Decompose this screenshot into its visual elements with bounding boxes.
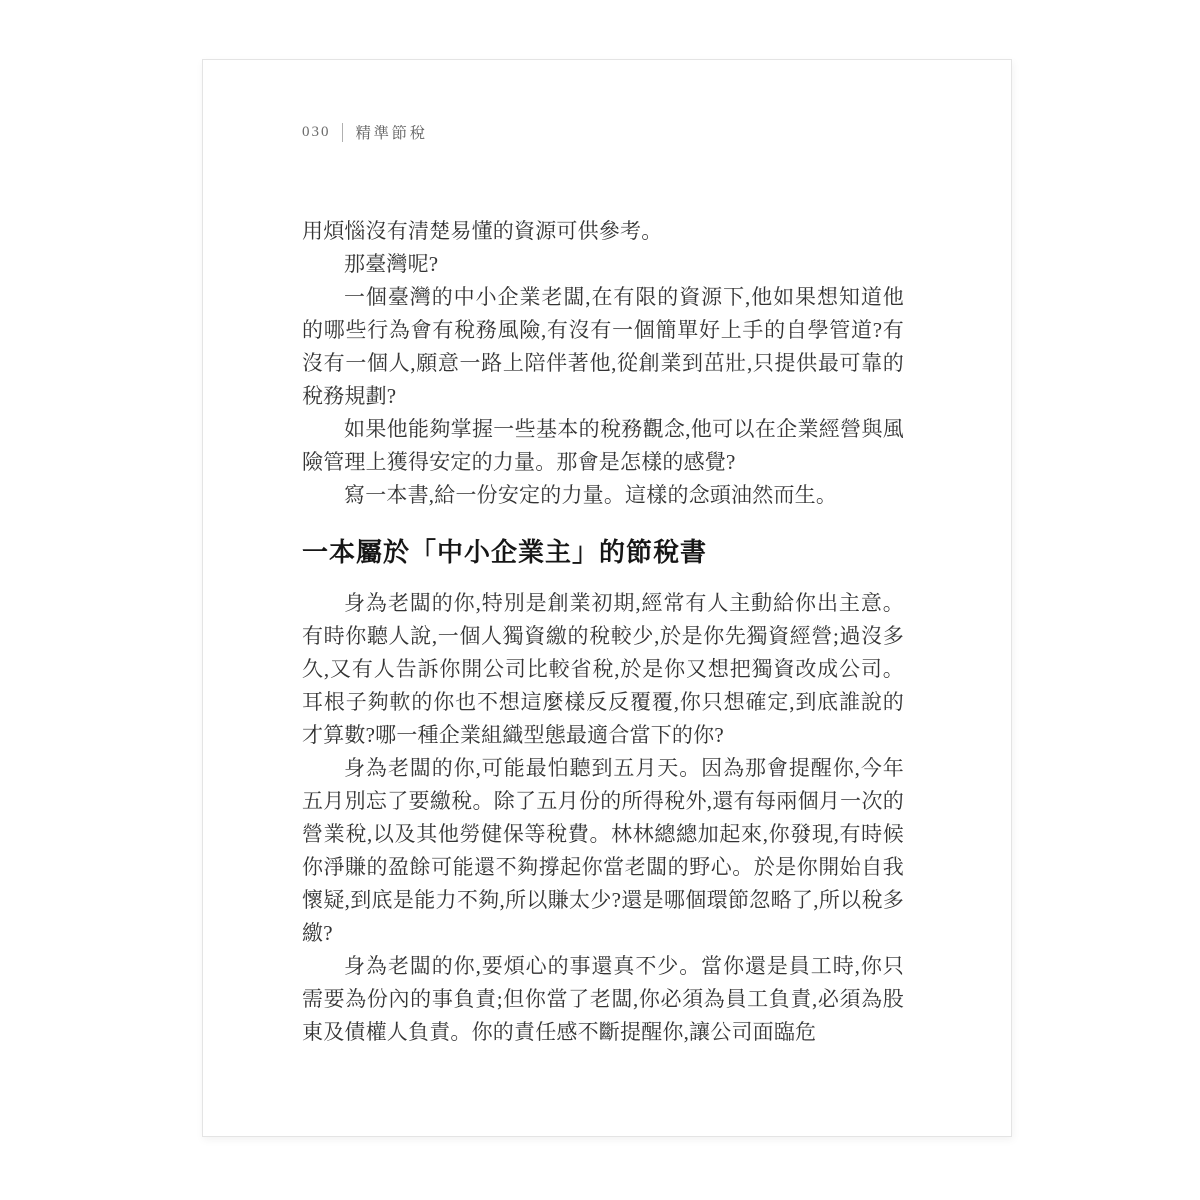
page-body: 用煩惱沒有清楚易懂的資源可供參考。 那臺灣呢? 一個臺灣的中小企業老闆,在有限的… — [302, 215, 904, 1049]
book-scan-canvas: 030 精準節稅 用煩惱沒有清楚易懂的資源可供參考。 那臺灣呢? 一個臺灣的中小… — [0, 0, 1200, 1200]
section-heading: 一本屬於「中小企業主」的節稅書 — [302, 535, 904, 569]
page-header: 030 精準節稅 — [302, 122, 904, 142]
header-divider — [342, 123, 343, 142]
page-number: 030 — [302, 124, 331, 141]
paragraph: 一個臺灣的中小企業老闆,在有限的資源下,他如果想知道他的哪些行為會有稅務風險,有… — [302, 281, 904, 413]
paragraph: 如果他能夠掌握一些基本的稅務觀念,他可以在企業經營與風險管理上獲得安定的力量。那… — [302, 413, 904, 479]
paragraph-continuation: 用煩惱沒有清楚易懂的資源可供參考。 — [302, 215, 904, 248]
paragraph: 身為老闆的你,可能最怕聽到五月天。因為那會提醒你,今年五月別忘了要繳稅。除了五月… — [302, 752, 904, 950]
running-title: 精準節稅 — [356, 121, 428, 143]
paragraph: 身為老闆的你,特別是創業初期,經常有人主動給你出主意。有時你聽人說,一個人獨資繳… — [302, 587, 904, 752]
paragraph: 寫一本書,給一份安定的力量。這樣的念頭油然而生。 — [302, 479, 904, 512]
paragraph: 身為老闆的你,要煩心的事還真不少。當你還是員工時,你只需要為份內的事負責;但你當… — [302, 950, 904, 1049]
book-page: 030 精準節稅 用煩惱沒有清楚易懂的資源可供參考。 那臺灣呢? 一個臺灣的中小… — [202, 59, 1012, 1137]
paragraph: 那臺灣呢? — [302, 248, 904, 281]
